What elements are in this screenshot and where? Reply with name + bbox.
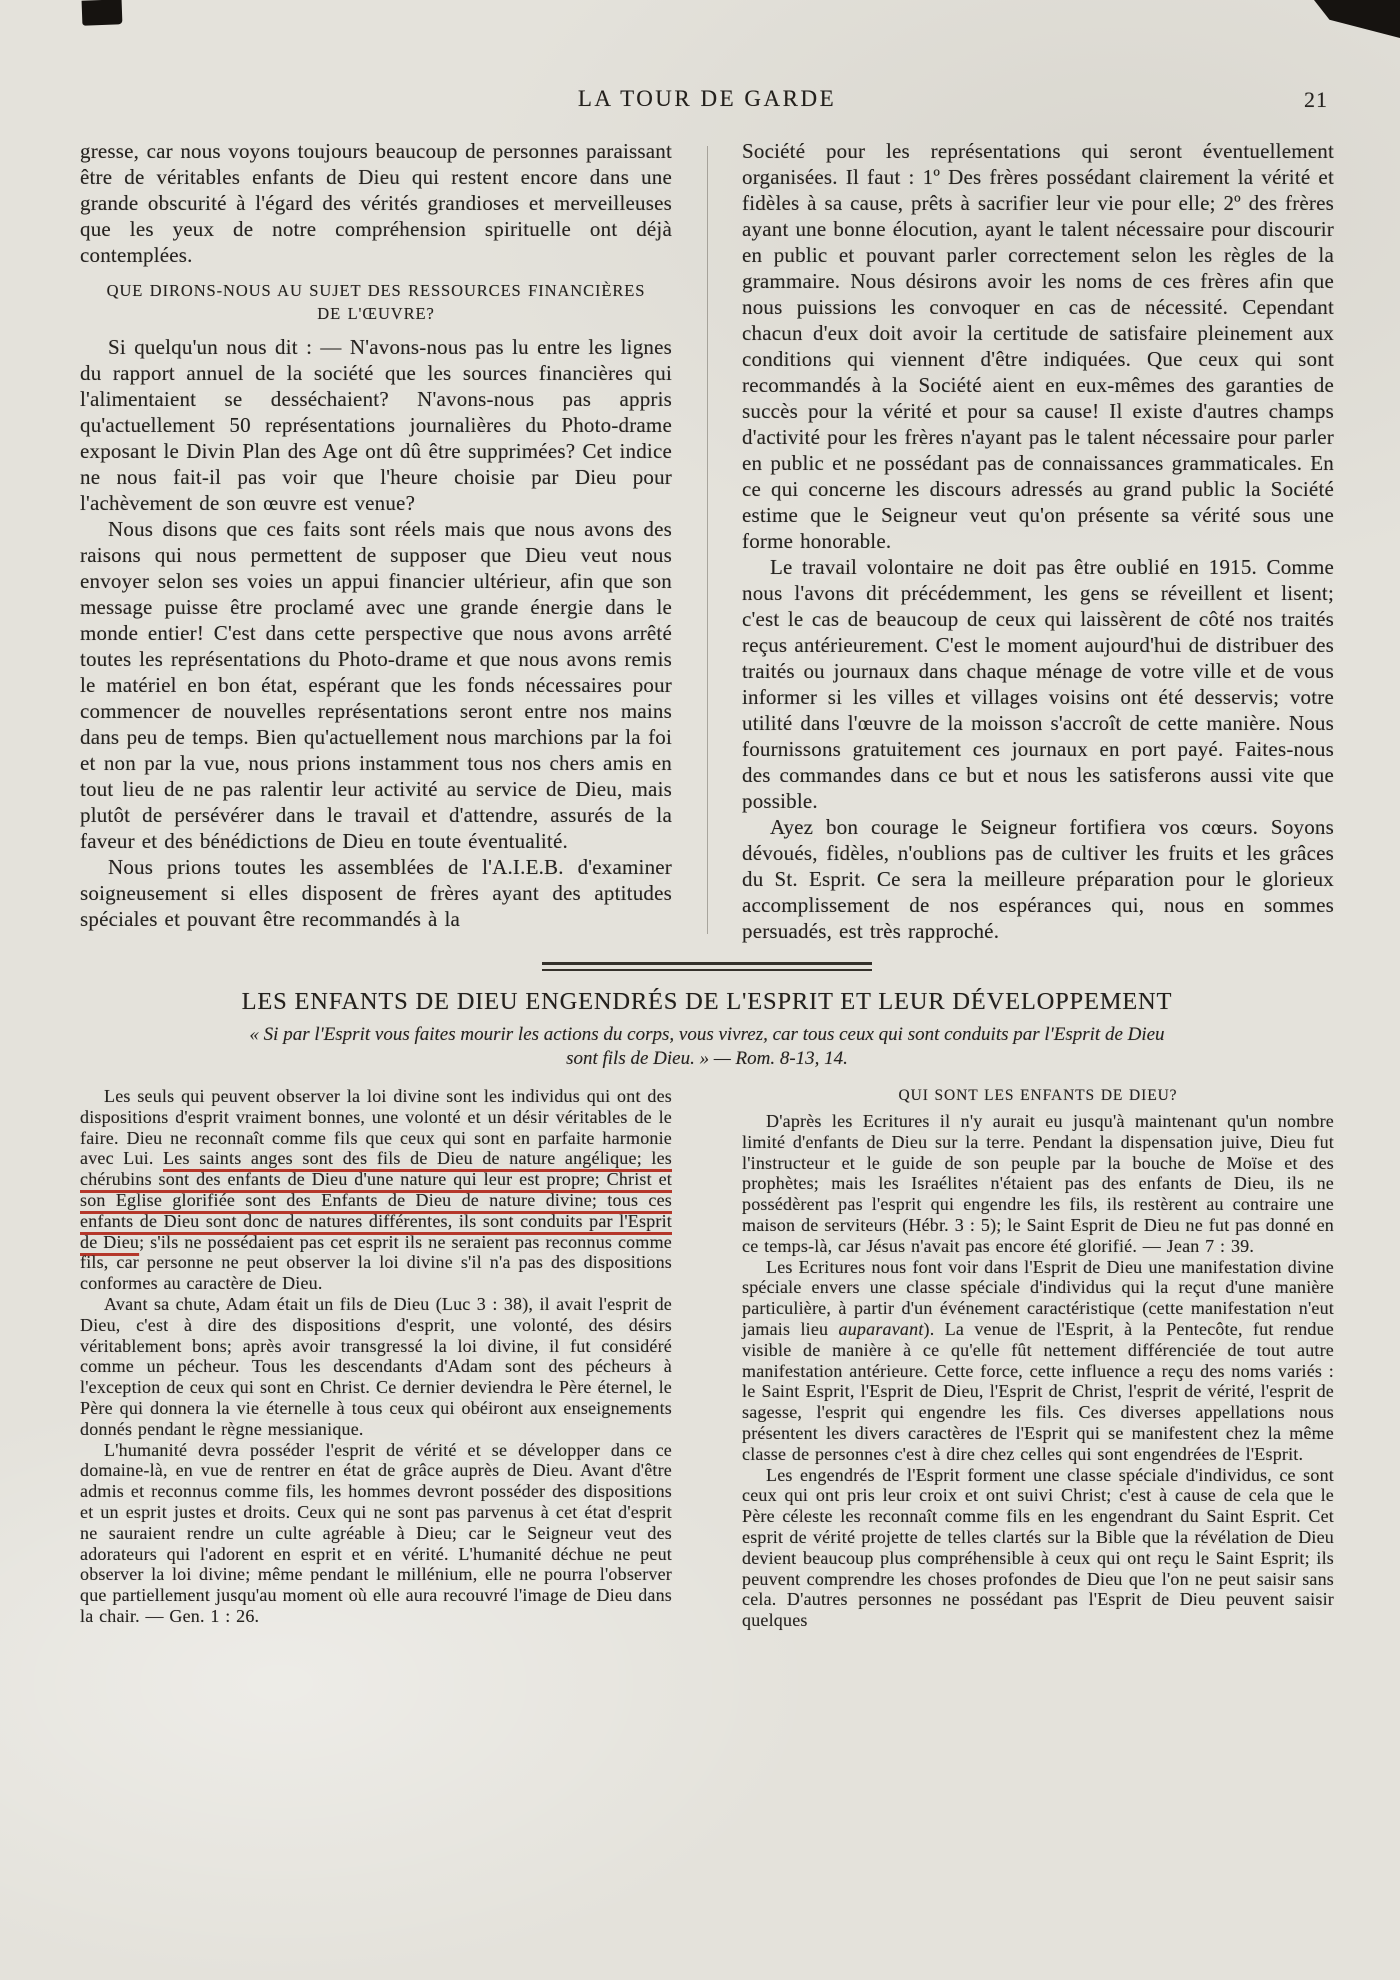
paragraph: Si quelqu'un nous dit : — N'avons-nous p… [80,334,672,516]
paragraph: L'humanité devra posséder l'esprit de vé… [80,1440,672,1627]
subheading-line: QUE DIRONS-NOUS AU SUJET DES RESSOURCES … [86,279,666,302]
section-subheading: QUE DIRONS-NOUS AU SUJET DES RESSOURCES … [86,279,666,325]
top-right-column: Société pour les représentations qui ser… [742,138,1334,944]
paragraph: Les engendrés de l'Esprit forment une cl… [742,1465,1334,1631]
paragraph: D'après les Ecritures il n'y aurait eu j… [742,1111,1334,1257]
paragraph: Avant sa chute, Adam était un fils de Di… [80,1294,672,1440]
paragraph: Les seuls qui peuvent observer la loi di… [80,1086,672,1294]
italic-word: auparavant [839,1319,924,1339]
article-right-column: QUI SONT LES ENFANTS DE DIEU? D'après le… [742,1086,1334,1631]
paragraph: Le travail volontaire ne doit pas être o… [742,554,1334,814]
paragraph: Les Ecritures nous font voir dans l'Espr… [742,1257,1334,1465]
paragraph: gresse, car nous voyons toujours beaucou… [80,138,672,268]
paragraph-text: ; s'ils ne possédaient pas cet esprit il… [80,1232,672,1294]
epigraph-line: sont fils de Dieu. » — Rom. 8-13, 14. [80,1047,1334,1071]
article-two-column-section: Les seuls qui peuvent observer la loi di… [80,1086,1334,1631]
epigraph-line: « Si par l'Esprit vous faites mourir les… [80,1023,1334,1047]
paragraph: Société pour les représentations qui ser… [742,138,1334,554]
top-two-column-section: gresse, car nous voyons toujours beaucou… [80,138,1334,944]
section-subheading: QUI SONT LES ENFANTS DE DIEU? [742,1086,1334,1106]
page-number: 21 [1304,87,1328,113]
page-header: LA TOUR DE GARDE 21 [80,86,1334,116]
top-left-column: gresse, car nous voyons toujours beaucou… [80,138,672,944]
paragraph: Ayez bon courage le Seigneur fortifiera … [742,814,1334,944]
section-divider-double-rule [542,962,872,971]
scan-artifact-top-left [82,0,123,26]
article-title: LES ENFANTS DE DIEU ENGENDRÉS DE L'ESPRI… [80,988,1334,1016]
journal-title: LA TOUR DE GARDE [578,86,836,112]
subheading-line: DE L'ŒUVRE? [86,302,666,325]
article-left-column: Les seuls qui peuvent observer la loi di… [80,1086,672,1631]
paragraph-text: ). La venue de l'Esprit, à la Pentecôte,… [742,1319,1334,1464]
article-epigraph: « Si par l'Esprit vous faites mourir les… [80,1023,1334,1070]
paragraph: Nous prions toutes les assemblées de l'A… [80,854,672,932]
scanned-magazine-page: LA TOUR DE GARDE 21 gresse, car nous voy… [0,0,1400,1980]
column-divider-rule [707,146,708,934]
scan-artifact-top-right [1314,0,1400,38]
paragraph: Nous disons que ces faits sont réels mai… [80,516,672,854]
